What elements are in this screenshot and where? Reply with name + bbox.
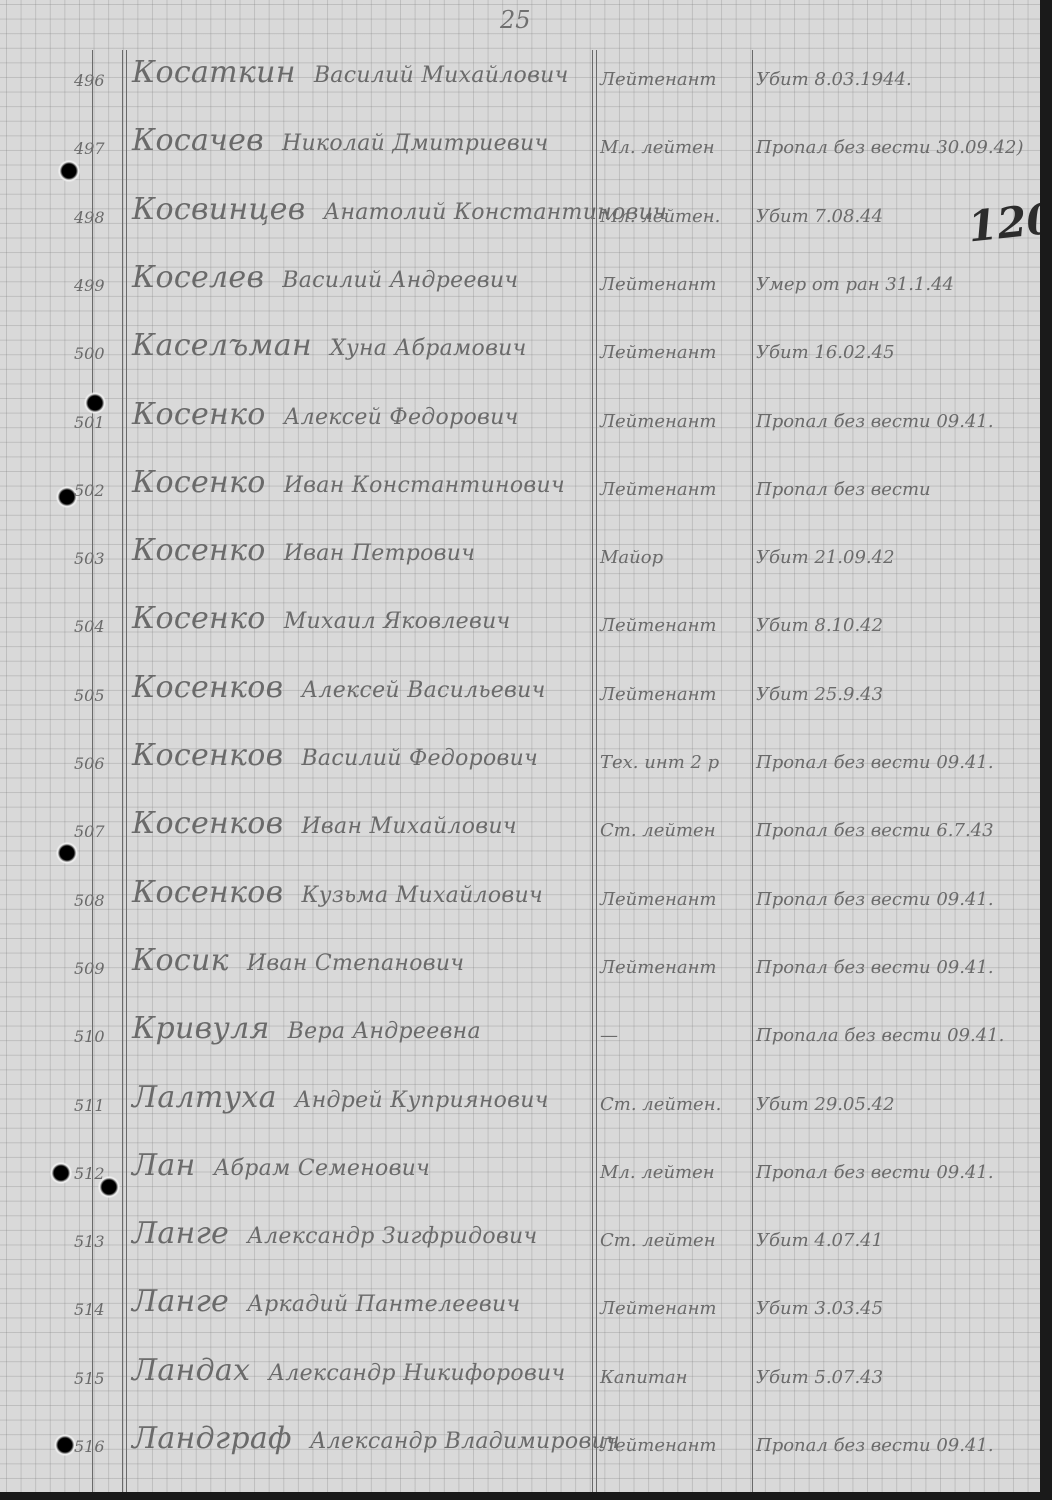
fate-status: Убит 4.07.41 [756, 1230, 1036, 1251]
ledger-row: 516 ЛандграфАлександр Владимирович Лейте… [0, 1412, 1040, 1462]
full-name: КосаткинВасилий Михайлович [132, 55, 569, 90]
given-names: Абрам Семенович [214, 1156, 431, 1181]
record-number: 496 [74, 71, 124, 90]
surname: Косенков [132, 670, 283, 705]
record-number: 511 [74, 1096, 124, 1115]
ledger-row: 501 КосенкоАлексей Федорович Лейтенант П… [0, 388, 1040, 438]
full-name: ЛанАбрам Семенович [132, 1148, 430, 1183]
surname: Косенко [132, 397, 266, 432]
record-number: 509 [74, 959, 124, 978]
military-rank: Лейтенант [600, 411, 750, 432]
fate-status: Пропал без вести [756, 479, 1036, 500]
given-names: Александр Зигфридович [247, 1224, 537, 1249]
military-rank: Тех. инт 2 р [600, 752, 750, 773]
ledger-row: 506 КосенковВасилий Федорович Тех. инт 2… [0, 729, 1040, 779]
surname: Косвинцев [132, 192, 305, 227]
full-name: КосенковВасилий Федорович [132, 738, 538, 773]
ledger-row: 502 КосенкоИван Константинович Лейтенант… [0, 456, 1040, 506]
given-names: Иван Михайлович [301, 814, 516, 839]
record-number: 504 [74, 617, 124, 636]
fate-status: Убит 16.02.45 [756, 342, 1036, 363]
full-name: КосенкоАлексей Федорович [132, 397, 519, 432]
full-name: КосенковАлексей Васильевич [132, 670, 546, 705]
ledger-row: 509 КосикИван Степанович Лейтенант Пропа… [0, 934, 1040, 984]
full-name: КосенковКузьма Михайлович [132, 875, 543, 910]
surname: Каселъман [132, 328, 312, 363]
record-number: 503 [74, 549, 124, 568]
full-name: ЛангеАлександр Зигфридович [132, 1216, 538, 1251]
record-number: 499 [74, 276, 124, 295]
military-rank: — [600, 1025, 750, 1046]
record-number: 510 [74, 1027, 124, 1046]
ledger-row: 513 ЛангеАлександр Зигфридович Ст. лейте… [0, 1207, 1040, 1257]
surname: Косенко [132, 601, 266, 636]
ledger-row: 498 КосвинцевАнатолий Константинович Мл.… [0, 183, 1040, 233]
fate-status: Убит 3.03.45 [756, 1298, 1036, 1319]
fate-status: Пропал без вести 30.09.42) [756, 137, 1036, 158]
given-names: Василий Федорович [301, 746, 538, 771]
record-number: 514 [74, 1300, 124, 1319]
fate-status: Умер от ран 31.1.44 [756, 274, 1036, 295]
military-rank: Капитан [600, 1367, 750, 1388]
ledger-page: 25 120 496 КосаткинВасилий Михайлович Ле… [0, 0, 1040, 1492]
fate-status: Пропал без вести 09.41. [756, 957, 1036, 978]
surname: Косачев [132, 123, 264, 158]
record-number: 497 [74, 139, 124, 158]
record-number: 498 [74, 208, 124, 227]
military-rank: Лейтенант [600, 479, 750, 500]
military-rank: Лейтенант [600, 615, 750, 636]
ledger-row: 505 КосенковАлексей Васильевич Лейтенант… [0, 661, 1040, 711]
fate-status: Убит 21.09.42 [756, 547, 1036, 568]
ledger-row: 500 КаселъманХуна Абрамович Лейтенант Уб… [0, 319, 1040, 369]
fate-status: Убит 29.05.42 [756, 1094, 1036, 1115]
full-name: КаселъманХуна Абрамович [132, 328, 527, 363]
given-names: Хуна Абрамович [330, 336, 527, 361]
given-names: Иван Степанович [247, 951, 465, 976]
given-names: Василий Андреевич [282, 268, 518, 293]
fate-status: Пропал без вести 09.41. [756, 752, 1036, 773]
military-rank: Мл. лейтен [600, 137, 750, 158]
fate-status: Убит 5.07.43 [756, 1367, 1036, 1388]
fate-status: Пропал без вести 09.41. [756, 1435, 1036, 1456]
fate-status: Пропал без вести 09.41. [756, 1162, 1036, 1183]
record-number: 512 [74, 1164, 124, 1183]
surname: Косаткин [132, 55, 296, 90]
ledger-row: 503 КосенкоИван Петрович Майор Убит 21.0… [0, 524, 1040, 574]
military-rank: Лейтенант [600, 342, 750, 363]
military-rank: Лейтенант [600, 69, 750, 90]
ledger-row: 504 КосенкоМихаил Яковлевич Лейтенант Уб… [0, 592, 1040, 642]
given-names: Кузьма Михайлович [301, 883, 543, 908]
military-rank: Ст. лейтен. [600, 1094, 750, 1115]
surname: Ландграф [132, 1421, 292, 1456]
military-rank: Лейтенант [600, 1298, 750, 1319]
ledger-row: 511 ЛалтухаАндрей Куприянович Ст. лейтен… [0, 1071, 1040, 1121]
given-names: Николай Дмитриевич [282, 131, 549, 156]
record-number: 516 [74, 1437, 124, 1456]
military-rank: Ст. лейтен [600, 820, 750, 841]
fate-status: Убит 25.9.43 [756, 684, 1036, 705]
given-names: Иван Константинович [284, 473, 565, 498]
ledger-row: 514 ЛангеАркадий Пантелеевич Лейтенант У… [0, 1275, 1040, 1325]
given-names: Василий Михайлович [314, 63, 569, 88]
record-number: 505 [74, 686, 124, 705]
full-name: КосенкоИван Константинович [132, 465, 565, 500]
given-names: Александр Владимирович [310, 1429, 620, 1454]
record-number: 508 [74, 891, 124, 910]
military-rank: Мл. лейтен. [600, 206, 750, 227]
surname: Косик [132, 943, 229, 978]
full-name: КоселевВасилий Андреевич [132, 260, 518, 295]
record-number: 500 [74, 344, 124, 363]
full-name: ЛандграфАлександр Владимирович [132, 1421, 620, 1456]
full-name: КосикИван Степанович [132, 943, 464, 978]
given-names: Аркадий Пантелеевич [247, 1292, 520, 1317]
fate-status: Пропал без вести 6.7.43 [756, 820, 1036, 841]
ledger-row: 508 КосенковКузьма Михайлович Лейтенант … [0, 866, 1040, 916]
given-names: Михаил Яковлевич [284, 609, 511, 634]
military-rank: Лейтенант [600, 684, 750, 705]
ledger-row: 497 КосачевНиколай Дмитриевич Мл. лейтен… [0, 114, 1040, 164]
ledger-row: 496 КосаткинВасилий Михайлович Лейтенант… [0, 46, 1040, 96]
surname: Кривуля [132, 1011, 270, 1046]
military-rank: Лейтенант [600, 274, 750, 295]
surname: Ланге [132, 1216, 229, 1251]
given-names: Вера Андреевна [288, 1019, 481, 1044]
full-name: КосенкоИван Петрович [132, 533, 475, 568]
military-rank: Ст. лейтен [600, 1230, 750, 1251]
surname: Косенко [132, 465, 266, 500]
military-rank: Лейтенант [600, 957, 750, 978]
record-number: 501 [74, 413, 124, 432]
military-rank: Майор [600, 547, 750, 568]
fate-status: Убит 8.10.42 [756, 615, 1036, 636]
military-rank: Лейтенант [600, 889, 750, 910]
ledger-row: 510 КривуляВера Андреевна — Пропала без … [0, 1002, 1040, 1052]
surname: Косенков [132, 738, 283, 773]
given-names: Алексей Федорович [284, 405, 519, 430]
page-number: 25 [500, 6, 531, 34]
record-number: 515 [74, 1369, 124, 1388]
full-name: КосенкоМихаил Яковлевич [132, 601, 511, 636]
record-number: 502 [74, 481, 124, 500]
military-rank: Мл. лейтен [600, 1162, 750, 1183]
military-rank: Лейтенант [600, 1435, 750, 1456]
surname: Ланге [132, 1284, 229, 1319]
ledger-row: 512 ЛанАбрам Семенович Мл. лейтен Пропал… [0, 1139, 1040, 1189]
full-name: КосачевНиколай Дмитриевич [132, 123, 548, 158]
fate-status: Пропала без вести 09.41. [756, 1025, 1036, 1046]
record-number: 513 [74, 1232, 124, 1251]
given-names: Андрей Куприянович [295, 1088, 549, 1113]
surname: Коселев [132, 260, 264, 295]
full-name: ЛандахАлександр Никифорович [132, 1353, 566, 1388]
full-name: КривуляВера Андреевна [132, 1011, 481, 1046]
given-names: Иван Петрович [284, 541, 476, 566]
fate-status: Пропал без вести 09.41. [756, 411, 1036, 432]
given-names: Алексей Васильевич [301, 678, 545, 703]
ledger-row: 499 КоселевВасилий Андреевич Лейтенант У… [0, 251, 1040, 301]
fate-status: Убит 7.08.44 [756, 206, 1036, 227]
surname: Ландах [132, 1353, 250, 1388]
ledger-row: 507 КосенковИван Михайлович Ст. лейтен П… [0, 797, 1040, 847]
surname: Косенков [132, 875, 283, 910]
surname: Косенков [132, 806, 283, 841]
full-name: ЛангеАркадий Пантелеевич [132, 1284, 520, 1319]
full-name: КосенковИван Михайлович [132, 806, 517, 841]
surname: Лан [132, 1148, 196, 1183]
fate-status: Убит 8.03.1944. [756, 69, 1036, 90]
full-name: КосвинцевАнатолий Константинович [132, 192, 667, 227]
ledger-row: 515 ЛандахАлександр Никифорович Капитан … [0, 1344, 1040, 1394]
full-name: ЛалтухаАндрей Куприянович [132, 1080, 549, 1115]
fate-status: Пропал без вести 09.41. [756, 889, 1036, 910]
surname: Косенко [132, 533, 266, 568]
record-number: 506 [74, 754, 124, 773]
surname: Лалтуха [132, 1080, 277, 1115]
given-names: Александр Никифорович [268, 1361, 565, 1386]
record-number: 507 [74, 822, 124, 841]
